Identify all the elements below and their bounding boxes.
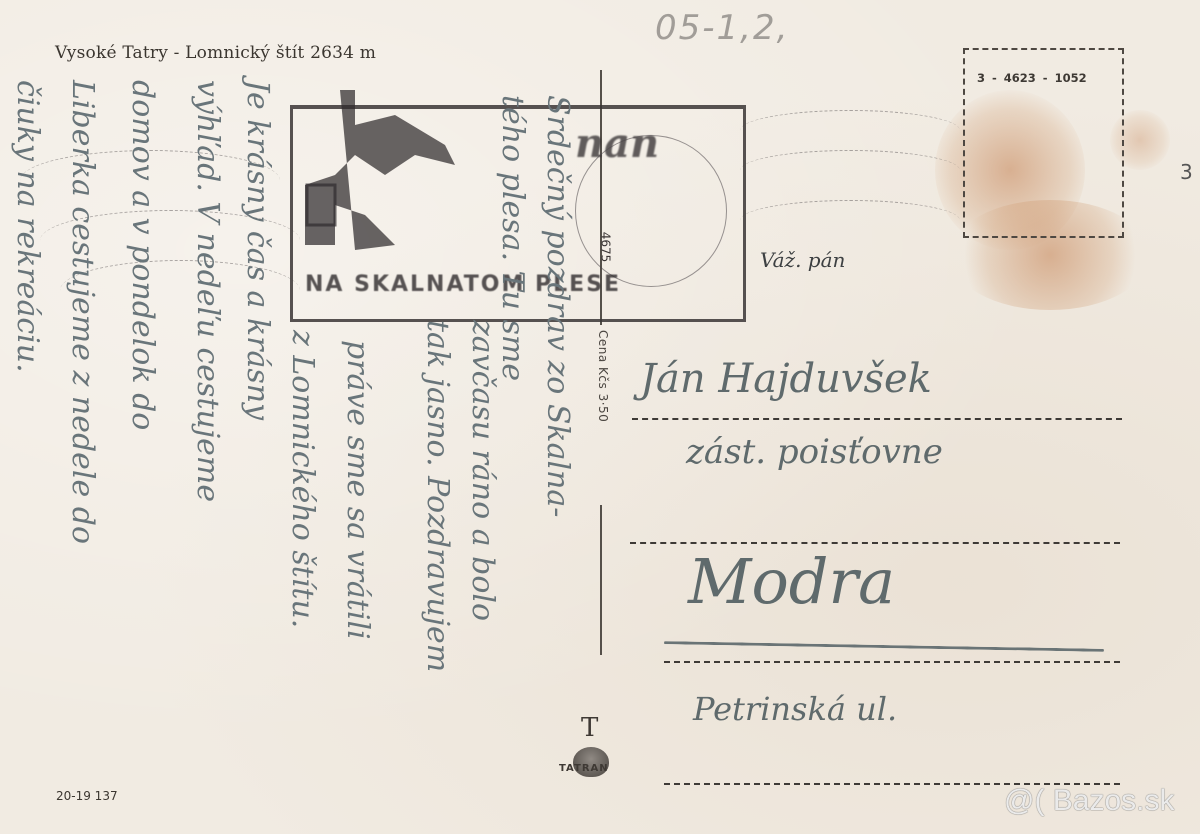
- address-street: Petrinská ul.: [693, 690, 897, 728]
- publisher-logo-text: TATRAN: [559, 763, 609, 774]
- message-line: domov a v pondelok do: [125, 80, 160, 430]
- edge-mark: 3: [1180, 160, 1193, 184]
- address-line-1: [632, 418, 1122, 420]
- print-serial: 20-19 137: [56, 789, 118, 803]
- center-divider-bottom: [600, 505, 602, 655]
- postcard-back: Vysoké Tatry - Lomnický štít 2634 m 05-1…: [0, 0, 1200, 834]
- message-line: Liberka cestujeme z nedele do: [65, 80, 100, 544]
- message-line: čiuky na rekreáciu.: [10, 80, 45, 373]
- address-line-2: [630, 542, 1120, 544]
- tatran-logo: T TATRAN: [573, 713, 609, 783]
- address-name: Ján Hajduvšek: [640, 356, 932, 402]
- pencil-note: 05-1,2,: [655, 8, 789, 48]
- message-line: zavčasu ráno a bolo: [465, 320, 500, 621]
- address-city: Modra: [688, 545, 895, 618]
- bazos-watermark: @( Bazos.sk: [1004, 784, 1175, 818]
- message-line: Je krásny čas a krásny: [240, 80, 275, 420]
- cancel-wave-line: [740, 200, 960, 241]
- postmark-number: 4675: [598, 232, 612, 263]
- handwritten-message: Srdečný pozdrav zo Skalna- tého plesa. T…: [0, 0, 600, 834]
- message-line: tak jasno. Pozdravujem: [420, 320, 455, 672]
- tatran-t-icon: T: [581, 713, 598, 743]
- message-line: Srdečný pozdrav zo Skalna-: [540, 95, 575, 517]
- address-role: zást. poisťovne: [686, 432, 943, 472]
- address-line-3: [664, 661, 1120, 663]
- message-line: z Lomnického štítu.: [285, 330, 320, 628]
- address-salutation: Váž. pán: [760, 248, 845, 272]
- cancel-wave-line: [740, 150, 960, 191]
- city-underline: [664, 641, 1104, 652]
- message-line: výhľad. V nedeľu cestujeme: [190, 80, 225, 502]
- stamp-area-code: 3 - 4623 - 1052: [977, 71, 1087, 85]
- message-line: práve sme sa vrátili: [340, 340, 375, 640]
- message-line: tého plesa. Tu sme: [495, 95, 530, 381]
- cancel-wave-line: [740, 110, 960, 151]
